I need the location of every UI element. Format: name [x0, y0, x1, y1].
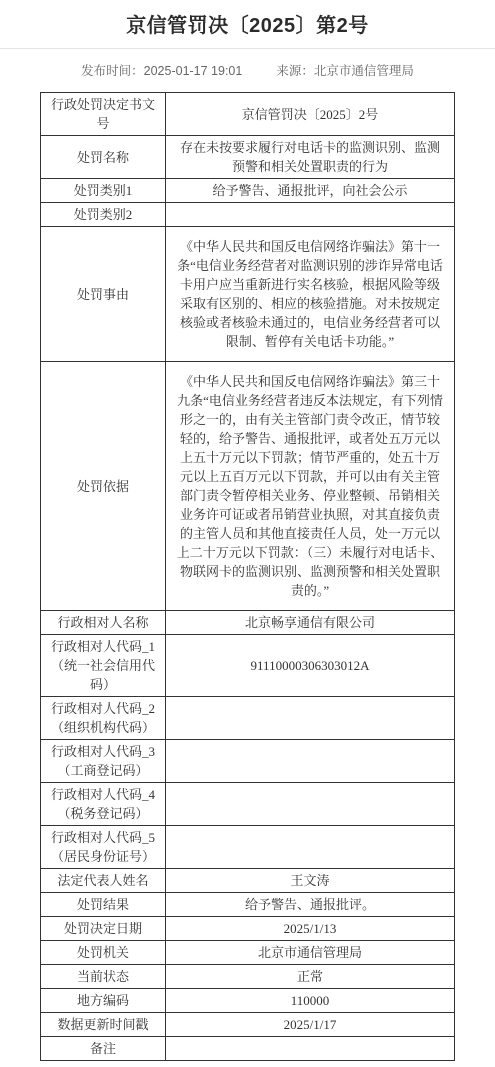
- row-label: 行政相对人代码_3（工商登记码）: [41, 740, 166, 783]
- row-label: 行政相对人代码_5（居民身份证号）: [41, 826, 166, 869]
- table-row: 处罚机关北京市通信管理局: [41, 941, 455, 965]
- row-label: 行政相对人名称: [41, 611, 166, 635]
- row-value: [166, 740, 455, 783]
- row-label: 数据更新时间戳: [41, 1013, 166, 1037]
- row-label: 法定代表人姓名: [41, 869, 166, 893]
- table-row: 法定代表人姓名王文涛: [41, 869, 455, 893]
- publish-time-value: 2025-01-17 19:01: [144, 64, 243, 78]
- row-value: 存在未按要求履行对电话卡的监测识别、监测预警和相关处置职责的行为: [166, 136, 455, 179]
- publish-time: 发布时间：2025-01-17 19:01: [81, 61, 242, 79]
- row-label: 处罚决定日期: [41, 917, 166, 941]
- row-value: 给予警告、通报批评，向社会公示: [166, 179, 455, 203]
- row-label: 处罚依据: [41, 362, 166, 611]
- table-row: 处罚事由《中华人民共和国反电信网络诈骗法》第十一条“电信业务经营者对监测识别的涉…: [41, 227, 455, 362]
- row-label: 行政相对人代码_1（统一社会信用代码）: [41, 635, 166, 697]
- row-label: 地方编码: [41, 989, 166, 1013]
- table-row: 处罚类别2: [41, 203, 455, 227]
- table-row: 行政处罚决定书文号京信管罚决〔2025〕2号: [41, 93, 455, 136]
- page-title: 京信管罚决〔2025〕第2号: [0, 0, 495, 48]
- row-value: 110000: [166, 989, 455, 1013]
- row-value: 北京畅享通信有限公司: [166, 611, 455, 635]
- row-value: [166, 826, 455, 869]
- source-value: 北京市通信管理局: [314, 64, 414, 78]
- table-row: 处罚类别1给予警告、通报批评，向社会公示: [41, 179, 455, 203]
- row-value: [166, 203, 455, 227]
- table-row: 行政相对人名称北京畅享通信有限公司: [41, 611, 455, 635]
- source-label: 来源：: [276, 64, 314, 78]
- row-value: [166, 697, 455, 740]
- table-row: 备注: [41, 1037, 455, 1061]
- row-label: 处罚机关: [41, 941, 166, 965]
- table-row: 处罚结果给予警告、通报批评。: [41, 893, 455, 917]
- row-label: 处罚类别2: [41, 203, 166, 227]
- row-label: 当前状态: [41, 965, 166, 989]
- table-row: 地方编码110000: [41, 989, 455, 1013]
- row-value: 北京市通信管理局: [166, 941, 455, 965]
- table-row: 当前状态正常: [41, 965, 455, 989]
- table-row: 行政相对人代码_3（工商登记码）: [41, 740, 455, 783]
- table-row: 行政相对人代码_4（税务登记码）: [41, 783, 455, 826]
- row-label: 处罚名称: [41, 136, 166, 179]
- row-value: [166, 1037, 455, 1061]
- table-row: 数据更新时间戳2025/1/17: [41, 1013, 455, 1037]
- row-label: 行政相对人代码_2（组织机构代码）: [41, 697, 166, 740]
- row-label: 备注: [41, 1037, 166, 1061]
- row-label: 处罚类别1: [41, 179, 166, 203]
- publish-time-label: 发布时间：: [81, 64, 144, 78]
- row-value: 《中华人民共和国反电信网络诈骗法》第十一条“电信业务经营者对监测识别的涉诈异常电…: [166, 227, 455, 362]
- table-row: 行政相对人代码_5（居民身份证号）: [41, 826, 455, 869]
- table-row: 处罚依据《中华人民共和国反电信网络诈骗法》第三十九条“电信业务经营者违反本法规定…: [41, 362, 455, 611]
- table-row: 处罚名称存在未按要求履行对电话卡的监测识别、监测预警和相关处置职责的行为: [41, 136, 455, 179]
- row-value: 91110000306303012A: [166, 635, 455, 697]
- row-value: 2025/1/17: [166, 1013, 455, 1037]
- row-value: 京信管罚决〔2025〕2号: [166, 93, 455, 136]
- meta-bar: 发布时间：2025-01-17 19:01 来源：北京市通信管理局: [0, 49, 495, 92]
- row-label: 处罚结果: [41, 893, 166, 917]
- table-row: 行政相对人代码_2（组织机构代码）: [41, 697, 455, 740]
- row-value: 给予警告、通报批评。: [166, 893, 455, 917]
- row-label: 处罚事由: [41, 227, 166, 362]
- row-value: 正常: [166, 965, 455, 989]
- row-value: 王文涛: [166, 869, 455, 893]
- table-row: 行政相对人代码_1（统一社会信用代码）91110000306303012A: [41, 635, 455, 697]
- row-label: 行政相对人代码_4（税务登记码）: [41, 783, 166, 826]
- penalty-table-body: 行政处罚决定书文号京信管罚决〔2025〕2号处罚名称存在未按要求履行对电话卡的监…: [41, 93, 455, 1061]
- source: 来源：北京市通信管理局: [276, 61, 414, 79]
- row-label: 行政处罚决定书文号: [41, 93, 166, 136]
- row-value: [166, 783, 455, 826]
- row-value: 2025/1/13: [166, 917, 455, 941]
- row-value: 《中华人民共和国反电信网络诈骗法》第三十九条“电信业务经营者违反本法规定，有下列…: [166, 362, 455, 611]
- penalty-detail-table: 行政处罚决定书文号京信管罚决〔2025〕2号处罚名称存在未按要求履行对电话卡的监…: [40, 92, 455, 1061]
